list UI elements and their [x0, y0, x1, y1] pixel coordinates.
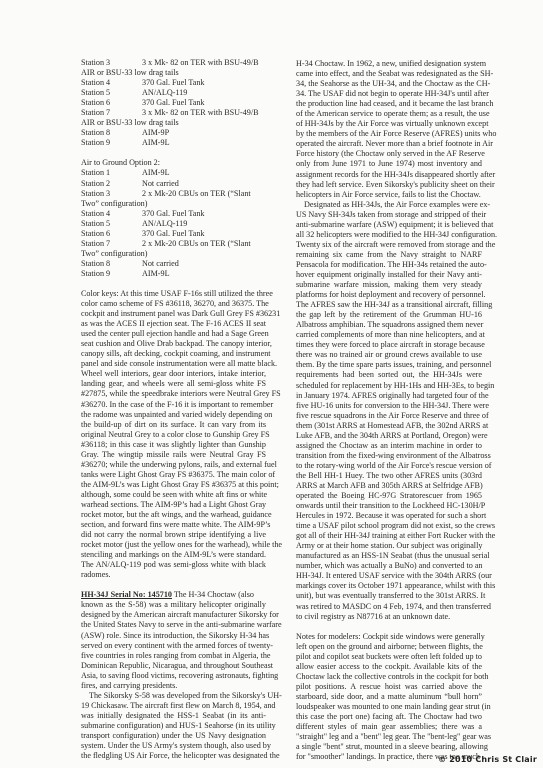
text-line: was retired to MASDC on 4 Feb, 1974, and… — [296, 602, 482, 612]
text-line: 34, the Seahorse as the UH-34, and the C… — [296, 79, 482, 89]
station-row: Station 5AN/ALQ-119 — [81, 219, 266, 229]
text-line: Designated as HH-34Js, the Air Force exa… — [296, 200, 482, 210]
station-label: Station 2 — [81, 179, 142, 189]
text-line: a single "bent" strut, mounted in a slee… — [296, 742, 482, 752]
text-line: (ASW) role. Since its introduction, the … — [81, 631, 266, 641]
text-line: there was no trained air or ground crews… — [296, 350, 482, 360]
text-line: Pensacola for modification. The HH-34s r… — [296, 260, 482, 270]
text-line: The AN/ALQ-119 pod was semi-gloss white … — [81, 560, 266, 570]
text-line: radomes. — [81, 570, 266, 580]
station-item: AIM-9L — [142, 138, 170, 148]
text-line: loudspeaker was mounted to one main land… — [296, 702, 482, 712]
text-line: HH-34J Serial No: 145710 The H-34 Chocta… — [81, 590, 266, 600]
text-line: as was the ACES II ejection seat. The F-… — [81, 319, 266, 329]
text-line: H-34 Choctaw. In 1962, a new, unified de… — [296, 59, 482, 69]
station-label: Station 6 — [81, 98, 142, 108]
text-line: transport configuration) under the US Na… — [81, 731, 266, 741]
text-line: stenciling and markings on the AIM-9L’s … — [81, 550, 266, 560]
station-item: 3 x Mk- 82 on TER with BSU-49/B — [142, 58, 259, 68]
station-row: Station 2Not carried — [81, 179, 266, 189]
text-line: #27875, while the speedbrake interiors w… — [81, 389, 266, 399]
station-label: Station 1 — [81, 168, 142, 178]
station-item: 370 Gal. Fuel Tank — [142, 98, 204, 108]
station-item: 370 Gal. Fuel Tank — [142, 209, 204, 219]
station-row: Station 9AIM-9L — [81, 138, 266, 148]
station-row: Station 8Not carried — [81, 259, 266, 269]
text-line: cockpit and instrument panel was Dark Gu… — [81, 309, 266, 319]
station-row: Station 6370 Gal. Fuel Tank — [81, 229, 266, 239]
station-label: Station 3 — [81, 189, 142, 199]
station-item: 370 Gal. Fuel Tank — [142, 78, 204, 88]
text-line: #36270; while the underwing pylons, rail… — [81, 460, 266, 470]
text-line: helicopters in Air Force service, fails … — [296, 190, 482, 200]
station-label: Station 7 — [81, 239, 142, 249]
copyright-notice: © 2010 Chris St Clair — [438, 755, 537, 764]
text-line: the radome was unpainted and varied wide… — [81, 410, 266, 420]
text-line: operated the Boeing HC-97G Stratorescuer… — [296, 491, 482, 501]
station-label: Station 8 — [81, 128, 142, 138]
text-line: carried complements of more than nine he… — [296, 330, 482, 340]
text-line: number, which was actually a BuNo) and c… — [296, 561, 482, 571]
text-line: Gray. The wingtip missile rails were Neu… — [81, 450, 266, 460]
text-line: allow easier access to the cockpit. Avai… — [296, 662, 482, 672]
station-continuation: AIR or BSU-33 low drag tails — [81, 68, 266, 78]
color-keys-paragraph: Color keys: At this time USAF F-16s stil… — [81, 289, 266, 580]
text-line: used the center pull ejection handle and… — [81, 329, 266, 339]
text-line: pilot positions. A rescue hoist was carr… — [296, 682, 482, 692]
text-line: submarine configuration) and HUS-1 Seaho… — [81, 721, 266, 731]
text-line: in January 1974. AFRES originally had ta… — [296, 391, 482, 401]
station-label: Station 9 — [81, 269, 142, 279]
station-row: Station 5AN/ALQ-119 — [81, 88, 266, 98]
station-row: Station 72 x Mk-20 CBUs on TER (“Slant — [81, 239, 266, 249]
text-line: the Bell HH-1 Huey. The two other AFRES … — [296, 471, 482, 481]
text-line: the production line had ceased, and it b… — [296, 99, 482, 109]
text-line: this case the port one) facing aft. The … — [296, 712, 482, 722]
station-row: Station 9AIM-9L — [81, 269, 266, 279]
station-label: Station 3 — [81, 58, 142, 68]
station-row: Station 8AIM-9P — [81, 128, 266, 138]
station-continuation: Two” configuration) — [81, 199, 266, 209]
station-item: 370 Gal. Fuel Tank — [142, 229, 204, 239]
text-line: Hercules in 1972. Because it was operate… — [296, 511, 482, 521]
text-line: remaining six came from the Navy straigh… — [296, 250, 482, 260]
s58-history-paragraph: The Sikorsky S-58 was developed from the… — [81, 691, 266, 761]
text-line: served on every continent with the armed… — [81, 641, 266, 651]
station-label: Station 4 — [81, 209, 142, 219]
text-line: came into effect, and the Seabat was red… — [296, 69, 482, 79]
text-line: system. Under the US Army's system thoug… — [81, 741, 266, 751]
text-line: all 32 helicopters were modified to the … — [296, 230, 482, 240]
text-line: designed by the American aircraft manufa… — [81, 610, 266, 620]
text-line: of the American service to operate them;… — [296, 109, 482, 119]
text-line: known as the S-58) was a military helico… — [81, 600, 266, 610]
text-line: five rescue squadrons in the Air Force R… — [296, 411, 482, 421]
station-label: Station 7 — [81, 108, 142, 118]
text-line: manufactured as an HSS-1N Seabat (thus t… — [296, 551, 482, 561]
text-line: panel and side console instrumentation w… — [81, 359, 266, 369]
text-line: of HH-34Js by the Air Force was virtuall… — [296, 119, 482, 129]
station-item: Not carried — [142, 179, 179, 189]
station-continuation: AIR or BSU-33 low drag tails — [81, 118, 266, 128]
station-item: 3 x Mk- 82 on TER with BSU-49/B — [142, 108, 259, 118]
text-line: landing gear, and wheels were all semi-g… — [81, 379, 266, 389]
text-line: tanks were Light Ghost Gray FS #36375. T… — [81, 470, 266, 480]
text-line: operated the aircraft. Never more than a… — [296, 139, 482, 149]
station-label: Station 4 — [81, 78, 142, 88]
text-line: them (301st ARRS at Homestead AFB, the 3… — [296, 421, 482, 431]
station-label: Station 8 — [81, 259, 142, 269]
text-line: #36118; in this case it was slightly lig… — [81, 440, 266, 450]
station-row: Station 32 x Mk-20 CBUs on TER (“Slant — [81, 189, 266, 199]
text-line: the build-up of dirt on its surface. It … — [81, 420, 266, 430]
text-line: was initially designated the HSS-1 Seaba… — [81, 711, 266, 721]
right-column: H-34 Choctaw. In 1962, a new, unified de… — [296, 59, 482, 762]
text-line: hover equipment originally installed for… — [296, 270, 482, 280]
text-line: warhead sections. The AIM-9P’s had a Lig… — [81, 500, 266, 510]
station-item: AN/ALQ-119 — [142, 219, 187, 229]
section-heading: HH-34J Serial No: 145710 — [81, 590, 172, 599]
text-line: 19 Chickasaw. The aircraft first flew on… — [81, 701, 266, 711]
text-line: five countries in roles ranging from com… — [81, 651, 266, 661]
text-line: Twenty six of the aircraft were removed … — [296, 240, 482, 250]
text-line: canopy sills, aft decking, cockpit coami… — [81, 349, 266, 359]
station-item: AIM-9L — [142, 269, 170, 279]
text-line: Army or at their home station. Our subje… — [296, 541, 482, 551]
text-line: by the members of the Air Force Reserve … — [296, 129, 482, 139]
text-line: although, some could be seen with white … — [81, 490, 266, 500]
text-line: seat cushion and Olive Drab backpad. The… — [81, 339, 266, 349]
station-label: Station 5 — [81, 88, 142, 98]
text-line: to the rotary-wing world of the Air Forc… — [296, 461, 482, 471]
option2-title: Air to Ground Option 2: — [81, 158, 266, 168]
station-item: Not carried — [142, 259, 179, 269]
text-line: anti-submarine warfare (ASW) equipment; … — [296, 220, 482, 230]
text-line: HH-34J. It entered USAF service with the… — [296, 571, 482, 581]
text-line: Color keys: At this time USAF F-16s stil… — [81, 289, 266, 299]
loadout-option-1: Station 33 x Mk- 82 on TER with BSU-49/B… — [81, 58, 266, 148]
text-line: onwards until their transition to the Lo… — [296, 501, 482, 511]
station-label: Station 5 — [81, 219, 142, 229]
text-line: Dominican Republic, Nicaragua, and throu… — [81, 661, 266, 671]
text-line: US Navy SH-34Js taken from storage and s… — [296, 210, 482, 220]
text-line: Luke AFB, and the 304th ARRS at Portland… — [296, 431, 482, 441]
designation-paragraph: H-34 Choctaw. In 1962, a new, unified de… — [296, 59, 482, 200]
text-line: platforms for hoist deployment and recov… — [296, 290, 482, 300]
text-line: to civil registry as N87716 at an unknow… — [296, 612, 482, 622]
air-force-service-paragraph: Designated as HH-34Js, the Air Force exa… — [296, 200, 482, 622]
modeler-notes-paragraph: Notes for modelers: Cockpit side windows… — [296, 632, 482, 763]
station-label: Station 9 — [81, 138, 142, 148]
text-line: Albatross amphibian. The squadrons assig… — [296, 320, 482, 330]
text-line: color camo scheme of FS #36118, 36270, a… — [81, 299, 266, 309]
hh34-intro-paragraph: HH-34J Serial No: 145710 The H-34 Chocta… — [81, 590, 266, 690]
text-line: the fledgling US Air Force, the helicopt… — [81, 751, 266, 761]
text-line: Asia, to saving flood victims, recoverin… — [81, 671, 266, 681]
text-line: them. By the time spare parts issues, tr… — [296, 360, 482, 370]
text-line: submarine warfare mission, making them v… — [296, 280, 482, 290]
station-item: 2 x Mk-20 CBUs on TER (“Slant — [142, 189, 251, 199]
text-line: they had left service. Even Sikorsky's p… — [296, 180, 482, 190]
text-line: Notes for modelers: Cockpit side windows… — [296, 632, 482, 642]
text-line: only from June 1971 to June 1974) most i… — [296, 159, 482, 169]
text-line: the AIM-9L’s was Light Ghost Gray FS #36… — [81, 480, 266, 490]
station-row: Station 4370 Gal. Fuel Tank — [81, 209, 266, 219]
text-line: 34. The USAF did not begin to operate HH… — [296, 89, 482, 99]
station-row: Station 4370 Gal. Fuel Tank — [81, 78, 266, 88]
text-line: pilot and copilot seat buckets were ofte… — [296, 652, 482, 662]
station-item: AIM-9L — [142, 168, 170, 178]
station-item: AIM-9P — [142, 128, 169, 138]
station-continuation: Two” configuration) — [81, 249, 266, 259]
text-line: requirements had been sorted out, the HH… — [296, 370, 482, 380]
text-line: section, and forward fins were matte whi… — [81, 520, 266, 530]
station-row: Station 6370 Gal. Fuel Tank — [81, 98, 266, 108]
text-line: the United States Navy to serve in the a… — [81, 620, 266, 630]
text-line: fires, and carrying presidents. — [81, 681, 266, 691]
text-line: transition from the fixed-wing environme… — [296, 451, 482, 461]
text-line: different styles of main gear assemblies… — [296, 722, 482, 732]
text-line: The AFRES saw the HH-34J as a transition… — [296, 300, 482, 310]
text-line: did not carry the normal brown stripe id… — [81, 530, 266, 540]
text-line: the gap left by the retirement of the Gr… — [296, 310, 482, 320]
loadout-option-2: Station 1AIM-9LStation 2Not carriedStati… — [81, 168, 266, 279]
text-line: ARRS at March AFB and 305th ARRS at Self… — [296, 481, 482, 491]
station-item: AN/ALQ-119 — [142, 88, 187, 98]
text-line: The Sikorsky S-58 was developed from the… — [81, 691, 266, 701]
station-row: Station 1AIM-9L — [81, 168, 266, 178]
station-item: 2 x Mk-20 CBUs on TER (“Slant — [142, 239, 251, 249]
text-line: "straight" leg and a "bent" leg gear. Th… — [296, 732, 482, 742]
text-line: scheduled for replacement by HH-1Hs and … — [296, 381, 482, 391]
document-page: Station 33 x Mk- 82 on TER with BSU-49/B… — [0, 0, 543, 768]
text-line: rocket motor (just the yellow ones for t… — [81, 540, 266, 550]
text-line: rocket motor, but the aft wings, and the… — [81, 510, 266, 520]
station-row: Station 33 x Mk- 82 on TER with BSU-49/B — [81, 58, 266, 68]
text-line: unit), but was eventually transferred to… — [296, 591, 482, 601]
text-line: time a USAF pilot school program did not… — [296, 521, 482, 531]
text-line: Force history (the Choctaw only served i… — [296, 149, 482, 159]
text-line: assignment records for the HH-34Js disap… — [296, 170, 482, 180]
text-line: five HU-16 units for conversion to the H… — [296, 401, 482, 411]
left-column: Station 33 x Mk- 82 on TER with BSU-49/B… — [81, 58, 266, 761]
station-label: Station 6 — [81, 229, 142, 239]
text-line: times they were forced to place aircraft… — [296, 340, 482, 350]
text-line: got all of their HH-34J training at eith… — [296, 531, 482, 541]
text-line: starboard, side door, and a matte alumin… — [296, 692, 482, 702]
text-line: assigned the Choctaw as an interim machi… — [296, 441, 482, 451]
text-line: left open on the ground and airborne; be… — [296, 642, 482, 652]
station-row: Station 73 x Mk- 82 on TER with BSU-49/B — [81, 108, 266, 118]
text-line: Choctaw lack the collective controls in … — [296, 672, 482, 682]
text-line: Wheel well interiors, gear door interior… — [81, 369, 266, 379]
text-line: original Neutral Grey to a color close t… — [81, 430, 266, 440]
text-line: #36270. In the case of the F-16 it is im… — [81, 400, 266, 410]
text-line: markings cover its October 1971 appearan… — [296, 581, 482, 591]
